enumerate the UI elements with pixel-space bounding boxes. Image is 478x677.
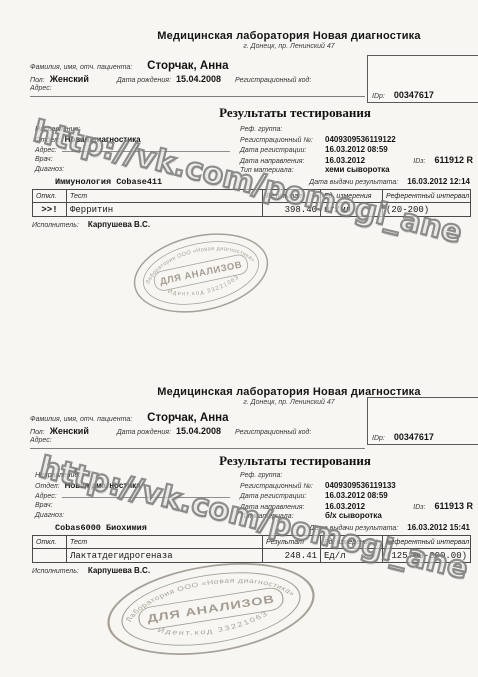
section-title: Результаты тестирования [110,453,478,469]
referral-label: Направление: [35,471,80,481]
material-label: Тип материала: [240,166,320,176]
patient-block: Фамилия, имя, отч. пациента: Сторчак, Ан… [30,412,365,449]
analyzer-row: Иммунология Cobase411 Дата выдачи резуль… [55,177,470,187]
doctor-label: Врач: [35,501,53,511]
birth-date-value: 15.04.2008 [176,74,221,84]
order-details-left: Направление: Отдел: Новая диагностика Ад… [35,125,230,175]
sex-value: Женский [50,74,89,84]
ref-group-label: Реф. группа: [240,471,320,481]
result-date-label: Дата выдачи результата: [309,525,398,532]
analyzer-name: Cobas6000 Биохимия [55,523,147,533]
result-date-value: 16.03.2012 12:14 [407,177,470,186]
idp-label: IDр: [372,93,385,100]
material-value: хеми сыворотка [325,165,390,175]
lab-stamp: Лаборатория ООО «Новая диагностика» Иден… [123,219,279,327]
sex-label: Пол: [30,77,45,84]
fio-label: Фамилия, имя, отч. пациента: [30,64,132,71]
reg-number-label: Регистрационный №: [240,136,320,146]
reg-number-label: Регистрационный №: [240,482,320,492]
patient-block: Фамилия, имя, отч. пациента: Сторчак, Ан… [30,60,365,97]
cell-deviation: >>! [33,203,67,217]
reg-date-label: Дата регистрации: [240,146,320,156]
th-deviation: Откл. [33,190,67,203]
clinic-name: Медицинская лаборатория Новая диагностик… [100,30,478,42]
ref-group-label: Реф. группа: [240,125,320,135]
patient-id-box: IDр: 00347617 [367,397,478,445]
order-details-right: Реф. группа: Регистрационный №: 04093095… [240,125,473,175]
reg-number-value: 0409309536119122 [325,135,396,145]
reg-code-label: Регистрационный код: [235,429,311,436]
cell-units: Ед/л [321,549,383,563]
sex-value: Женский [50,426,89,436]
cell-ref-interval: (125.00-300.00) [383,549,471,563]
address-label: Адрес: [30,85,52,92]
cell-units: нг/мл [321,203,383,217]
table-row: >>! Ферритин 398.40 нг/мл (20-200) [33,203,471,217]
referral-label: Направление: [35,125,80,135]
cell-ref-interval: (20-200) [383,203,471,217]
department-value: Новая диагностика [65,481,141,491]
birth-date-label: Дата рождения: [117,429,171,436]
reg-date-value: 16.03.2012 08:59 [325,491,388,501]
cell-deviation [33,549,67,563]
th-test: Тест [67,190,263,203]
results-table: Откл. Тест Результат Ед. измерения Рефер… [32,189,471,217]
reg-code-label: Регистрационный код: [235,77,311,84]
th-result: Результат [263,536,321,549]
report-1: Медицинская лаборатория Новая диагностик… [0,10,478,229]
idp-value: 00347617 [394,432,434,442]
executor-label: Исполнитель: [32,222,79,229]
reg-number-value: 0409309536119133 [325,481,396,491]
diagnosis-label: Диагноз: [35,165,64,175]
fio-label: Фамилия, имя, отч. пациента: [30,416,132,423]
th-units: Ед. измерения [321,536,383,549]
idz-value: 611913 R [434,501,473,511]
address-blank-line [62,491,230,498]
doctor-label: Врач: [35,155,53,165]
result-date-value: 16.03.2012 15:41 [407,523,470,532]
address-blank-line [62,145,230,152]
birth-date-label: Дата рождения: [117,77,171,84]
material-label: Тип материала: [240,512,320,522]
patient-id-box: IDр: 00347617 [367,55,478,103]
report-2: Медицинская лаборатория Новая диагностик… [0,366,478,575]
idz-value: 611912 R [434,155,473,165]
department-label: Отдел: [35,136,60,146]
birth-date-value: 15.04.2008 [176,426,221,436]
executor-label: Исполнитель: [32,568,79,575]
results-table-header: Откл. Тест Результат Ед. измерения Рефер… [33,536,471,549]
th-ref-interval: Референтный интервал [383,190,471,203]
cell-result: 398.40 [263,203,321,217]
reg-date-label: Дата регистрации: [240,492,320,502]
analyzer-row: Cobas6000 Биохимия Дата выдачи результат… [55,523,470,533]
th-ref-interval: Референтный интервал [383,536,471,549]
result-date-label: Дата выдачи результата: [309,179,398,186]
analyzer-name: Иммунология Cobase411 [55,177,162,187]
th-test: Тест [67,536,263,549]
order-details-right: Реф. группа: Регистрационный №: 04093095… [240,471,473,521]
cell-test: Ферритин [67,203,263,217]
order-details-left: Направление: Отдел: Новая диагностика Ад… [35,471,230,521]
th-units: Ед. измерения [321,190,383,203]
idz-label: IDз: [413,157,425,167]
idz-label: IDз: [413,503,425,513]
reg-date-value: 16.03.2012 08:59 [325,145,388,155]
patient-name: Сторчак, Анна [147,412,228,424]
sex-label: Пол: [30,429,45,436]
idp-label: IDр: [372,435,385,442]
material-value: б/х сыворотка [325,511,382,521]
address-label: Адрес: [30,437,52,444]
executor-value: Карпушева В.С. [88,220,150,229]
th-result: Результат [263,190,321,203]
order-details: Направление: Отдел: Новая диагностика Ад… [0,471,478,522]
department-label: Отдел: [35,482,60,492]
clinic-address: г. Донецк, пр. Ленинский 47 [100,43,478,50]
department-value: Новая диагностика [65,135,141,145]
idp-value: 00347617 [394,90,434,100]
scanned-lab-report-page: Медицинская лаборатория Новая диагностик… [0,0,478,677]
diagnosis-label: Диагноз: [35,511,64,521]
results-table-header: Откл. Тест Результат Ед. измерения Рефер… [33,190,471,203]
section-title: Результаты тестирования [110,105,478,121]
patient-name: Сторчак, Анна [147,60,228,72]
order-details: Направление: Отдел: Новая диагностика Ад… [0,125,478,176]
th-deviation: Откл. [33,536,67,549]
